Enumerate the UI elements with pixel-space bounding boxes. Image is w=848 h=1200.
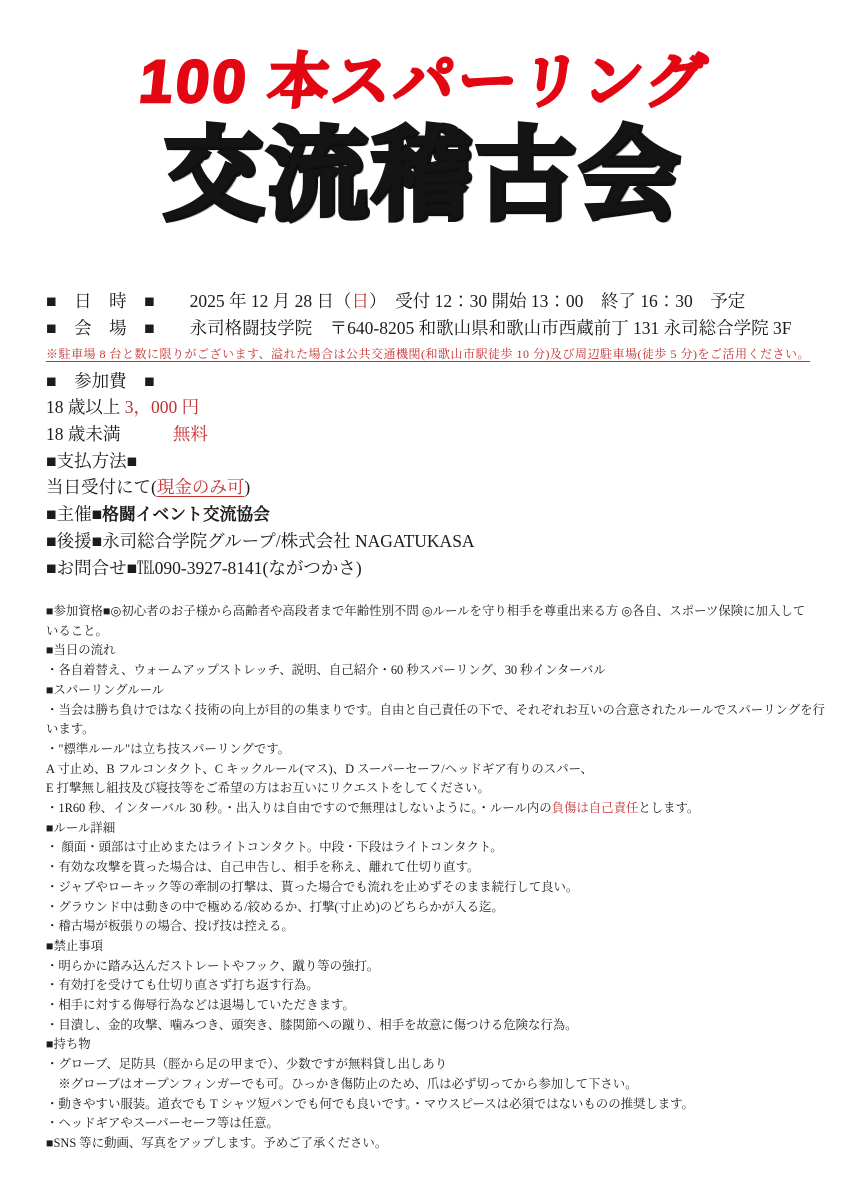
belongings-item: ・動きやすい服装。道衣でも T シャツ短パンでも何でも良いです。・マウスピースは… bbox=[46, 1095, 828, 1115]
text-segment: E 打撃無し組技及び寝技等をご希望の方はお互いにリクエストをしてください。 bbox=[46, 781, 490, 795]
text-segment: ■ 会 場 ■ 永司格闘技学院 〒640-8205 和歌山県和歌山市西蔵前丁 1… bbox=[46, 318, 791, 338]
sparring-rule-item: ・"標準ルール"は立ち技スパーリングです。 bbox=[46, 740, 828, 760]
eligibility-heading: ■参加資格■◎初心者のお子様から高齢者や高段者まで年齢性別不問 ◎ルールを守り相… bbox=[46, 602, 828, 622]
text-segment: ※グローブはオープンフィンガーでも可。ひっかき傷防止のため、爪は必ず切ってから参… bbox=[46, 1077, 638, 1091]
payment-heading: ■支払方法■ bbox=[46, 448, 824, 475]
rule-detail-item: ・有効な攻撃を貰った場合は、自己申告し、相手を称え、離れて仕切り直す。 bbox=[46, 858, 828, 878]
fee-adult: 18 歳以上 3，000 円 bbox=[46, 394, 824, 421]
belongings-item: ・ヘッドギアやスーパーセーフ等は任意。 bbox=[46, 1114, 828, 1134]
sparring-rule-item: ・当会は勝ち負けではなく技術の向上が目的の集まりです。自由と自己責任の下で、それ… bbox=[46, 701, 828, 721]
contact-line: ■お問合せ■℡090-3927-8141(ながつかさ) bbox=[46, 555, 824, 582]
text-segment: ・ジャブやローキック等の牽制の打撃は、貰った場合でも流れを止めずそのまま続行して… bbox=[46, 880, 578, 894]
text-segment: ■ 参加費 ■ bbox=[46, 371, 155, 391]
text-segment: ・各自着替え、ウォームアップストレッチ、説明、自己紹介・60 秒スパーリング、3… bbox=[46, 663, 606, 677]
rule-detail-item: ・稽古場が板張りの場合、投げ技は控える。 bbox=[46, 917, 828, 937]
text-segment: ・グラウンド中は動きの中で極める/絞めるか、打撃(寸止め)のどちらかが入る迄。 bbox=[46, 900, 504, 914]
text-segment: ■支払方法■ bbox=[46, 451, 137, 471]
text-segment: ・当会は勝ち負けではなく技術の向上が目的の集まりです。自由と自己責任の下で、それ… bbox=[46, 703, 825, 717]
rule-detail-item: ・ 顔面・頭部は寸止めまたはライトコンタクト。中段・下段はライトコンタクト。 bbox=[46, 838, 828, 858]
prohibited-item: ・有効打を受けても仕切り直さず打ち返す行為。 bbox=[46, 976, 828, 996]
highlighted-text: 現金のみ可 bbox=[157, 477, 245, 497]
text-segment: 当日受付にて( bbox=[46, 477, 157, 497]
supporter-line: ■後援■永司総合学院グループ/株式会社 NAGATUKASA bbox=[46, 528, 824, 555]
parking-notice: ※駐車場 8 台と数に限りがございます、溢れた場合は公共交通機関(和歌山市駅徒歩… bbox=[46, 341, 824, 368]
sparring-rule-wrap: います。 bbox=[46, 720, 828, 740]
title-block: 100 本スパーリング 交流稽古会 bbox=[0, 0, 848, 226]
belongings-heading: ■持ち物 bbox=[46, 1035, 828, 1055]
sparring-rule-heading: ■スパーリングルール bbox=[46, 681, 828, 701]
text-segment: ■持ち物 bbox=[46, 1037, 91, 1051]
prohibited-heading: ■禁止事項 bbox=[46, 937, 828, 957]
event-info-section: ■ 日 時 ■ 2025 年 12 月 28 日（日） 受付 12：30 開始 … bbox=[46, 288, 824, 582]
main-title-sparring: 100 本スパーリング bbox=[0, 52, 848, 112]
text-segment: ■ルール詳細 bbox=[46, 821, 115, 835]
text-segment: ・ヘッドギアやスーパーセーフ等は任意。 bbox=[46, 1116, 279, 1130]
main-title-event: 交流稽古会 bbox=[0, 126, 848, 226]
fee-minor: 18 歳未満 無料 bbox=[46, 421, 824, 448]
text-segment: とします。 bbox=[638, 801, 699, 815]
text-segment: ■後援■永司総合学院グループ/株式会社 NAGATUKASA bbox=[46, 531, 475, 551]
text-segment: ・1R60 秒、インターバル 30 秒。・出入りは自由ですので無理はしないように… bbox=[46, 801, 552, 815]
sparring-rule-item: E 打撃無し組技及び寝技等をご希望の方はお互いにリクエストをしてください。 bbox=[46, 779, 828, 799]
belongings-note: ※グローブはオープンフィンガーでも可。ひっかき傷防止のため、爪は必ず切ってから参… bbox=[46, 1075, 828, 1095]
info-line-venue: ■ 会 場 ■ 永司格闘技学院 〒640-8205 和歌山県和歌山市西蔵前丁 1… bbox=[46, 315, 824, 342]
prohibited-item: ・目潰し、金的攻撃、噛みつき、頭突き、膝関節への蹴り、相手を故意に傷つける危険な… bbox=[46, 1016, 828, 1036]
schedule-item: ・各自着替え、ウォームアップストレッチ、説明、自己紹介・60 秒スパーリング、3… bbox=[46, 661, 828, 681]
payment-method: 当日受付にて(現金のみ可) bbox=[46, 474, 824, 501]
event-details-section: ■参加資格■◎初心者のお子様から高齢者や高段者まで年齢性別不問 ◎ルールを守り相… bbox=[46, 602, 828, 1154]
text-segment: 18 歳以上 bbox=[46, 397, 125, 417]
fee-heading: ■ 参加費 ■ bbox=[46, 368, 824, 395]
text-segment: ■当日の流れ bbox=[46, 643, 115, 657]
text-segment: います。 bbox=[46, 722, 95, 736]
text-segment: ・"標準ルール"は立ち技スパーリングです。 bbox=[46, 742, 290, 756]
highlighted-text: 負傷は自己責任 bbox=[552, 801, 639, 815]
eligibility-wrap: いること。 bbox=[46, 622, 828, 642]
text-segment: ・相手に対する侮辱行為などは退場していただきます。 bbox=[46, 998, 355, 1012]
text-segment: ■参加資格■◎初心者のお子様から高齢者や高段者まで年齢性別不問 ◎ルールを守り相… bbox=[46, 604, 805, 618]
text-segment: ■お問合せ■℡090-3927-8141(ながつかさ) bbox=[46, 558, 362, 578]
flyer-page: 100 本スパーリング 交流稽古会 ■ 日 時 ■ 2025 年 12 月 28… bbox=[0, 0, 848, 1200]
prohibited-item: ・相手に対する侮辱行為などは退場していただきます。 bbox=[46, 996, 828, 1016]
text-segment: ・有効打を受けても仕切り直さず打ち返す行為。 bbox=[46, 978, 319, 992]
text-segment: ■ 日 時 ■ 2025 年 12 月 28 日（ bbox=[46, 291, 352, 311]
text-segment: ■スパーリングルール bbox=[46, 683, 164, 697]
rule-detail-item: ・ジャブやローキック等の牽制の打撃は、貰った場合でも流れを止めずそのまま続行して… bbox=[46, 878, 828, 898]
text-segment: ・有効な攻撃を貰った場合は、自己申告し、相手を称え、離れて仕切り直す。 bbox=[46, 860, 479, 874]
text-segment: ) bbox=[244, 477, 250, 497]
text-segment: ・グローブ、足防具（脛から足の甲まで）、少数ですが無料貸し出しあり bbox=[46, 1057, 447, 1071]
prohibited-item: ・明らかに踏み込んだストレートやフック、蹴り等の強打。 bbox=[46, 957, 828, 977]
belongings-item: ・グローブ、足防具（脛から足の甲まで）、少数ですが無料貸し出しあり bbox=[46, 1055, 828, 1075]
highlighted-text: 日 bbox=[352, 291, 370, 311]
text-segment: ■SNS 等に動画、写真をアップします。予めご了承ください。 bbox=[46, 1136, 387, 1150]
text-segment: 18 歳未満 bbox=[46, 424, 173, 444]
text-segment: A 寸止め、B フルコンタクト、C キックルール(マス)、D スーパーセーフ/ヘ… bbox=[46, 762, 593, 776]
schedule-heading: ■当日の流れ bbox=[46, 641, 828, 661]
highlighted-text: 無料 bbox=[173, 424, 208, 444]
text-segment: ・稽古場が板張りの場合、投げ技は控える。 bbox=[46, 919, 294, 933]
organizer-line: ■主催■格闘イベント交流協会 bbox=[46, 501, 824, 529]
text-segment: いること。 bbox=[46, 624, 108, 638]
text-segment: ■主催■ bbox=[46, 504, 102, 524]
text-segment: ・ 顔面・頭部は寸止めまたはライトコンタクト。中段・下段はライトコンタクト。 bbox=[46, 840, 503, 854]
sparring-rule-item: A 寸止め、B フルコンタクト、C キックルール(マス)、D スーパーセーフ/ヘ… bbox=[46, 760, 828, 780]
text-segment: ・目潰し、金的攻撃、噛みつき、頭突き、膝関節への蹴り、相手を故意に傷つける危険な… bbox=[46, 1018, 578, 1032]
rule-detail-item: ・グラウンド中は動きの中で極める/絞めるか、打撃(寸止め)のどちらかが入る迄。 bbox=[46, 898, 828, 918]
highlighted-text: 3，000 円 bbox=[125, 397, 199, 417]
sparring-rule-item: ・1R60 秒、インターバル 30 秒。・出入りは自由ですので無理はしないように… bbox=[46, 799, 828, 819]
text-segment: ・動きやすい服装。道衣でも T シャツ短パンでも何でも良いです。・マウスピースは… bbox=[46, 1097, 694, 1111]
text-segment: ・明らかに踏み込んだストレートやフック、蹴り等の強打。 bbox=[46, 959, 379, 973]
rule-detail-heading: ■ルール詳細 bbox=[46, 819, 828, 839]
text-segment: ） 受付 12：30 開始 13：00 終了 16：30 予定 bbox=[369, 291, 745, 311]
text-segment: ■禁止事項 bbox=[46, 939, 103, 953]
text-segment: 格闘イベント交流協会 bbox=[102, 505, 270, 524]
sns-notice: ■SNS 等に動画、写真をアップします。予めご了承ください。 bbox=[46, 1134, 828, 1154]
info-line-datetime: ■ 日 時 ■ 2025 年 12 月 28 日（日） 受付 12：30 開始 … bbox=[46, 288, 824, 315]
highlighted-text: ※駐車場 8 台と数に限りがございます、溢れた場合は公共交通機関(和歌山市駅徒歩… bbox=[46, 347, 810, 361]
